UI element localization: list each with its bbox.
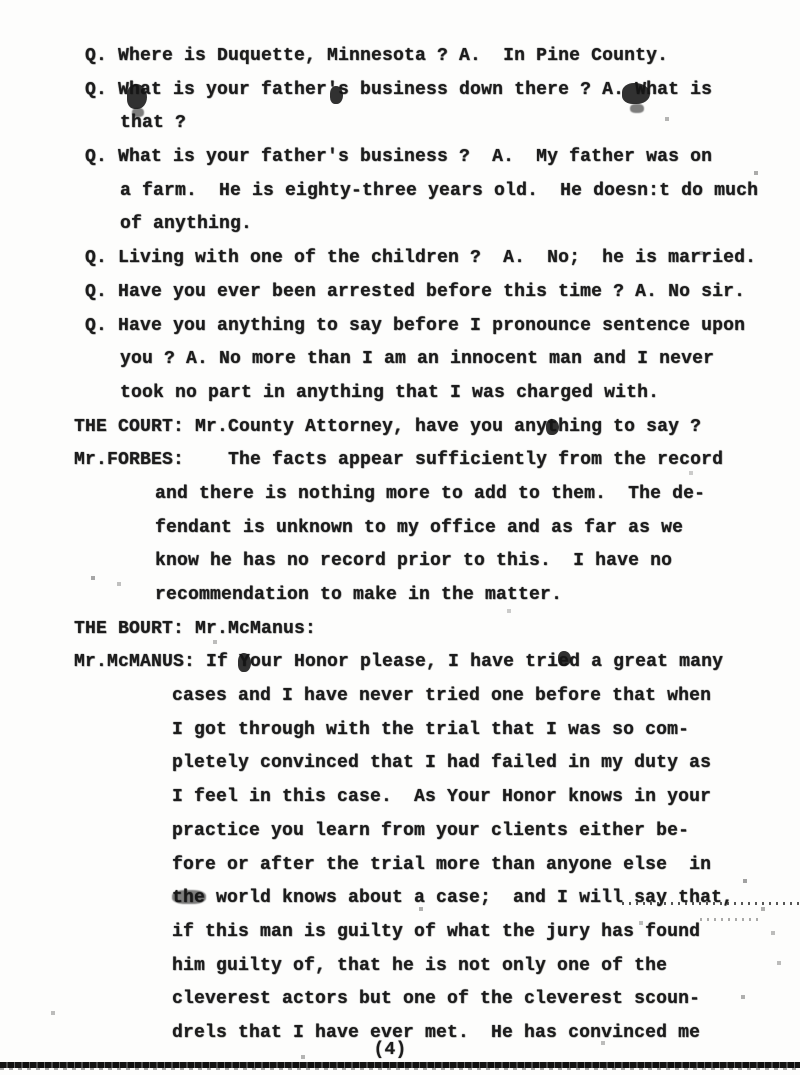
scan-edge-band [0,1062,800,1068]
scan-noise [0,0,2,2]
transcript-line: if this man is guilty of what the jury h… [0,922,800,956]
transcript-line: a farm. He is eighty-three years old. He… [0,181,800,215]
ink-blot [622,83,650,104]
transcript-line: fore or after the trial more than anyone… [0,855,800,889]
ink-blot [238,653,251,672]
transcript-line: Q. Where is Duquette, Minnesota ? A. In … [0,46,800,80]
transcript-line: cases and I have never tried one before … [0,686,800,720]
transcript-line: and there is nothing more to add to them… [0,484,800,518]
transcript-line: I got through with the trial that I was … [0,720,800,754]
transcript-body: Q. Where is Duquette, Minnesota ? A. In … [0,46,800,1057]
transcript-line: THE COURT: Mr.County Attorney, have you … [0,417,800,451]
scan-dotted-trail [700,918,760,921]
transcript-line: took no part in anything that I was char… [0,383,800,417]
transcript-line: recommendation to make in the matter. [0,585,800,619]
ink-smudge [172,890,206,904]
transcript-line: pletely convinced that I had failed in m… [0,753,800,787]
ink-smudge [132,108,144,117]
transcript-line: cleverest actors but one of the cleveres… [0,989,800,1023]
ink-smudge [630,104,644,113]
transcript-line: fendant is unknown to my office and as f… [0,518,800,552]
transcript-line: Q. Have you ever been arrested before th… [0,282,800,316]
transcript-line: THE BOURT: Mr.McManus: [0,619,800,653]
transcript-line: Mr.FORBES: The facts appear sufficiently… [0,450,800,484]
transcript-line: the world knows about a case; and I will… [0,888,800,922]
transcript-line: know he has no record prior to this. I h… [0,551,800,585]
transcript-line: you ? A. No more than I am an innocent m… [0,349,800,383]
transcript-line: that ? [0,113,800,147]
transcript-line: Q. What is your father's business down t… [0,80,800,114]
transcript-line: I feel in this case. As Your Honor knows… [0,787,800,821]
ink-blot [330,86,343,104]
scanned-transcript-page: Q. Where is Duquette, Minnesota ? A. In … [0,0,800,1075]
page-number: (4) [0,1040,780,1060]
transcript-line: Mr.McMANUS: If Your Honor please, I have… [0,652,800,686]
transcript-line: Q. Have you anything to say before I pro… [0,316,800,350]
transcript-line: him guilty of, that he is not only one o… [0,956,800,990]
transcript-line: of anything. [0,214,800,248]
ink-blot [546,419,559,435]
ink-blot [127,84,147,109]
transcript-line: Q. What is your father's business ? A. M… [0,147,800,181]
transcript-line: Q. Living with one of the children ? A. … [0,248,800,282]
scan-dotted-trail [622,902,800,905]
ink-blot [558,651,571,666]
transcript-line: practice you learn from your clients eit… [0,821,800,855]
